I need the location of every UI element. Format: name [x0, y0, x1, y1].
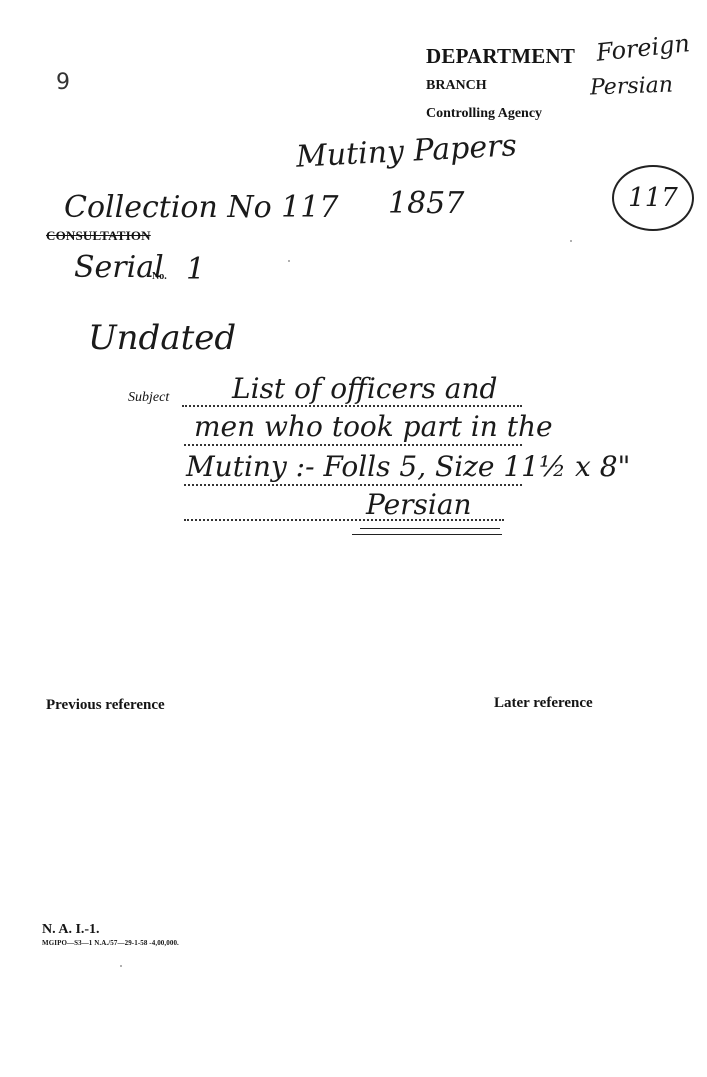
collection-year: 1857 — [388, 186, 464, 221]
document-date: Undated — [88, 318, 236, 358]
department-value: Foreign — [595, 29, 691, 67]
page-mark: 9 — [56, 70, 70, 95]
subject-line-1: List of officers and — [232, 372, 497, 405]
subject-line-4: Persian — [366, 488, 472, 521]
subject-line-2: men who took part in the — [194, 410, 553, 443]
subject-dotted-line-1 — [182, 405, 522, 407]
later-reference-label: Later reference — [494, 695, 593, 712]
collection-number: Collection No 117 — [64, 190, 338, 225]
circled-number-value: 117 — [628, 183, 678, 213]
document-title: Mutiny Papers — [295, 128, 517, 175]
underline-2 — [352, 534, 502, 535]
subject-dotted-line-2 — [184, 444, 522, 446]
previous-reference-label: Previous reference — [46, 697, 165, 714]
form-id: N. A. I.-1. — [42, 922, 100, 938]
controlling-agency-label: Controlling Agency — [426, 106, 542, 122]
subject-label: Subject — [128, 390, 169, 406]
consultation-label: CONSULTATION — [46, 228, 151, 244]
serial-no-label: No. — [152, 271, 167, 282]
branch-value: Persian — [590, 73, 674, 101]
branch-label: BRANCH — [426, 78, 487, 94]
department-label: DEPARTMENT — [426, 44, 575, 69]
scan-speck — [288, 260, 290, 262]
scan-speck — [120, 965, 122, 967]
subject-dotted-line-3 — [184, 484, 522, 486]
imprint-line: MGIPO—S3—1 N.A./57—29-1-58 -4,00,000. — [42, 939, 179, 947]
serial-label: Serial — [74, 250, 164, 285]
underline-1 — [360, 528, 500, 529]
scan-speck — [570, 240, 572, 242]
circled-number: 117 — [612, 165, 694, 231]
serial-value: 1 — [186, 252, 205, 287]
subject-line-3: Mutiny :- Folls 5, Size 11½ x 8" — [186, 450, 630, 483]
